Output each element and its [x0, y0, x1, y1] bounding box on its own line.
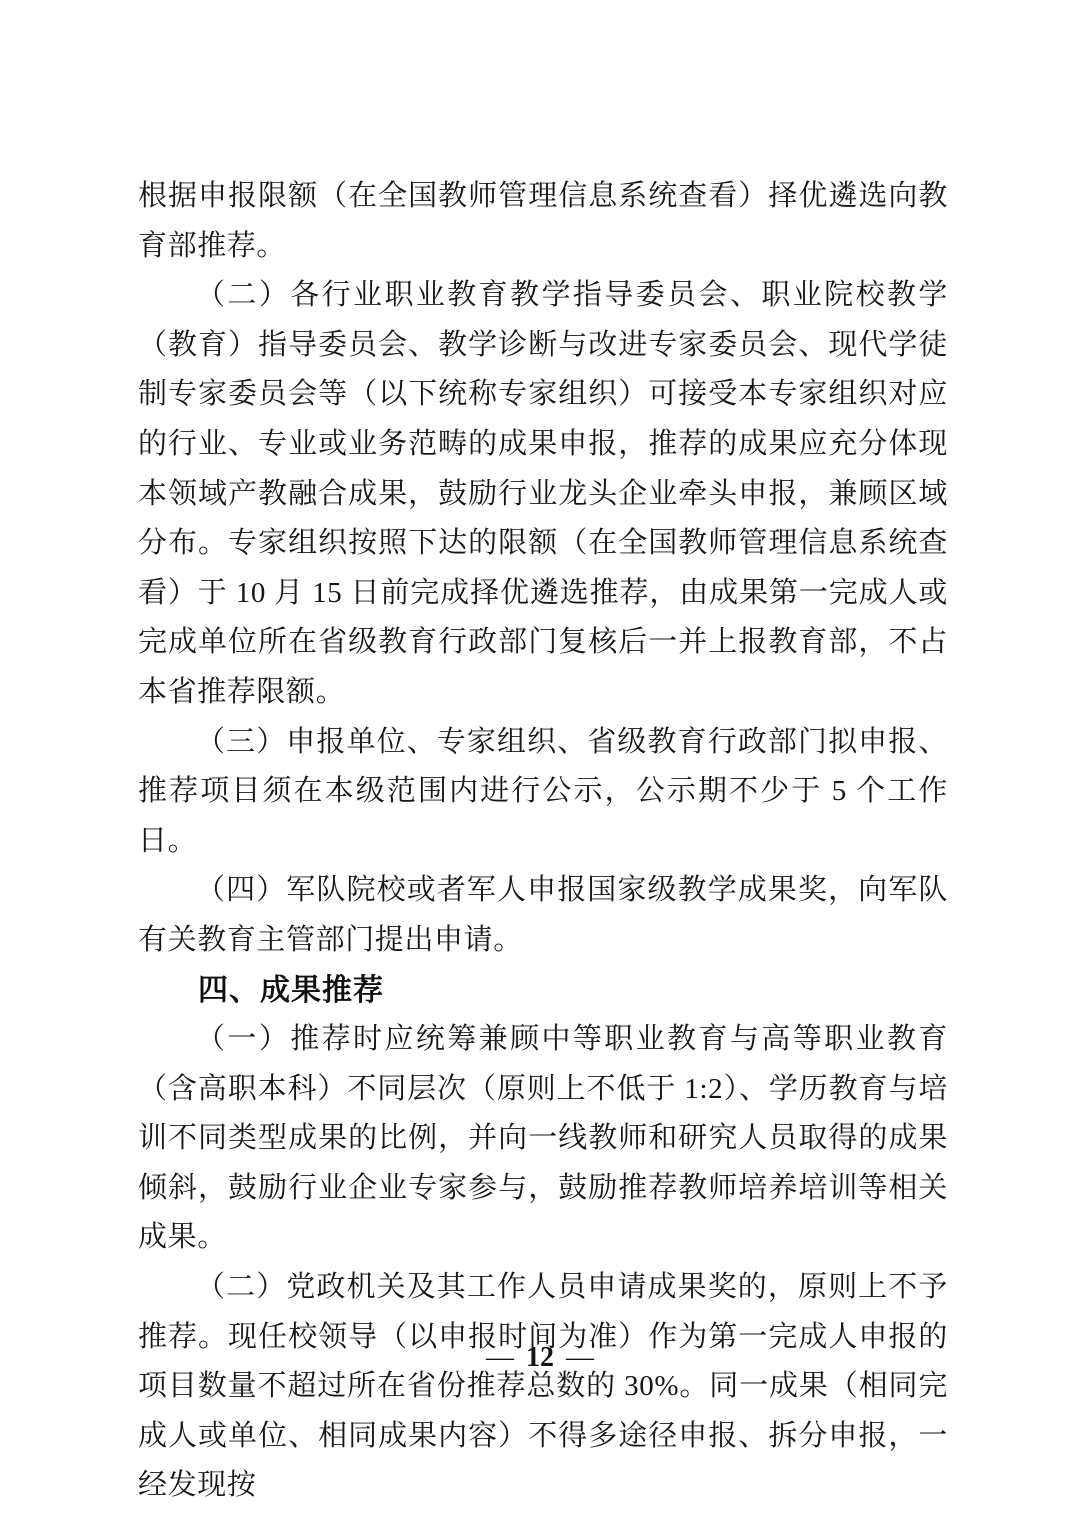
paragraph-section4-item-2: （二）党政机关及其工作人员申请成果奖的，原则上不予推荐。现任校领导（以申报时间为… [138, 1263, 948, 1511]
document-body: 根据申报限额（在全国教师管理信息系统查看）择优遴选向教育部推荐。 （二）各行业职… [138, 172, 948, 1511]
page-number: 12 [526, 1342, 554, 1373]
footer-dash-left: — [486, 1342, 514, 1373]
paragraph-item-2: （二）各行业职业教育教学指导委员会、职业院校教学（教育）指导委员会、教学诊断与改… [138, 271, 948, 717]
paragraph-continuation: 根据申报限额（在全国教师管理信息系统查看）择优遴选向教育部推荐。 [138, 172, 948, 271]
page-footer: —12— [0, 1340, 1080, 1376]
paragraph-item-3: （三）申报单位、专家组织、省级教育行政部门拟申报、推荐项目须在本级范围内进行公示… [138, 718, 948, 867]
paragraph-section4-item-1: （一）推荐时应统筹兼顾中等职业教育与高等职业教育（含高职本科）不同层次（原则上不… [138, 1015, 948, 1263]
footer-dash-right: — [566, 1342, 594, 1373]
paragraph-item-4: （四）军队院校或者军人申报国家级教学成果奖，向军队有关教育主管部门提出申请。 [138, 866, 948, 965]
section-heading-4: 四、成果推荐 [138, 966, 948, 1016]
document-page: 根据申报限额（在全国教师管理信息系统查看）择优遴选向教育部推荐。 （二）各行业职… [0, 0, 1080, 1526]
